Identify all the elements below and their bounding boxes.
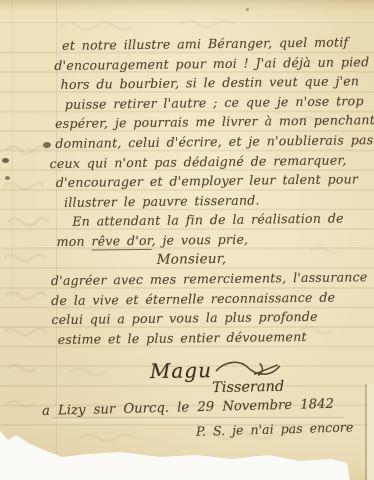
ink-blot [2,158,9,163]
letter-body: et notre illustre ami Béranger, quel mot… [54,32,370,349]
signature-name-text: Magu [150,358,213,383]
scanned-letter-page: et notre illustre ami Béranger, quel mot… [0,0,374,480]
letter-line: d'encourager et d'employer leur talent p… [56,169,368,192]
ink-blot [5,176,10,180]
reve-post: , je vous prie, [151,232,248,248]
left-edge-seam [12,0,14,300]
salutation: Monsieur, [157,248,369,270]
paper-sheet: et notre illustre ami Béranger, quel mot… [0,0,374,480]
ink-blot [246,8,249,11]
signature-title: Tisserand [212,379,284,396]
underlined-phrase: rêve d'or [91,233,151,251]
letter-line: En attendant la fin de la réalisation de [72,209,368,232]
top-fold-crease [0,20,374,23]
signature-block: Magu Tisserand [150,357,285,397]
reve-pre: mon [56,233,91,248]
letter-line: estime et le plus entier dévouement [58,326,370,349]
ink-blot [43,142,51,148]
signature-flourish-icon [214,358,284,381]
